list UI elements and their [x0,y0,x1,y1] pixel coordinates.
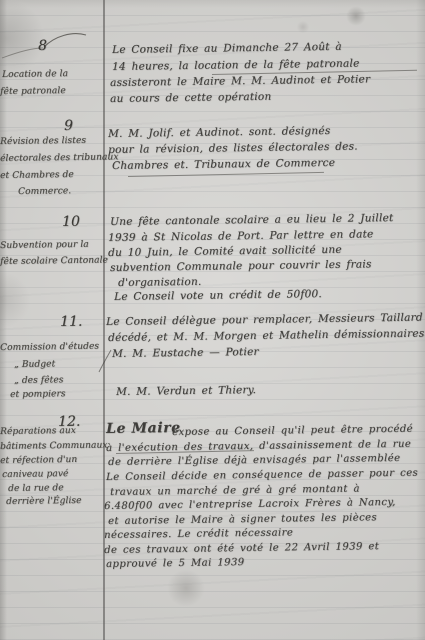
body-text-line: M. M. Verdun et Thiery. [116,384,256,398]
pen-flourish-under-number-8 [44,34,86,47]
margin-note-line: „ Budget [14,359,55,370]
body-text-line: au cours de cette opération [110,91,272,105]
entry-number: 11. [60,314,82,330]
entry-number: 10 [62,214,80,230]
margin-note-line: Réparations aux [0,426,76,437]
body-text-line: d'organisation. [118,276,202,289]
margin-note-line: et pompiers [10,389,66,400]
body-text-line: M. M. Eustache — Potier [112,346,259,360]
register-page: 8 Location de la fête patronale Le Conse… [0,0,425,640]
margin-note-line: Commerce. [18,186,71,197]
entry-number: 8 [38,38,47,54]
body-text-line: approuvé le 5 Mai 1939 [106,557,245,570]
insertion-arrow-stroke [99,350,111,372]
margin-note-line: et réfection d'un [0,455,77,466]
entry-number: 9 [64,118,73,134]
margin-note-line: bâtiments Communaux [0,440,108,451]
margin-note-line: derrière l'Église [6,496,82,507]
margin-note-line: et Chambres de [0,170,74,181]
margin-note-line: Subvention pour la [0,240,89,251]
margin-note-line: de la rue de [8,483,64,494]
margin-note-line: „ des fêtes [14,375,64,386]
margin-note-line: Location de la [2,69,68,80]
margin-note-line: Révision des listes [0,136,86,147]
margin-note-line: Commission d'études [0,342,99,353]
margin-note-line: électorales des tribunaux [0,152,119,164]
pen-flourish-left-edge [2,48,43,58]
margin-note-line: fête patronale [0,86,66,97]
margin-note-line: caniveau pavé [2,469,68,480]
margin-note-line: fête scolaire Cantonale [0,255,108,267]
body-lead-words: Le Maire [106,420,181,437]
